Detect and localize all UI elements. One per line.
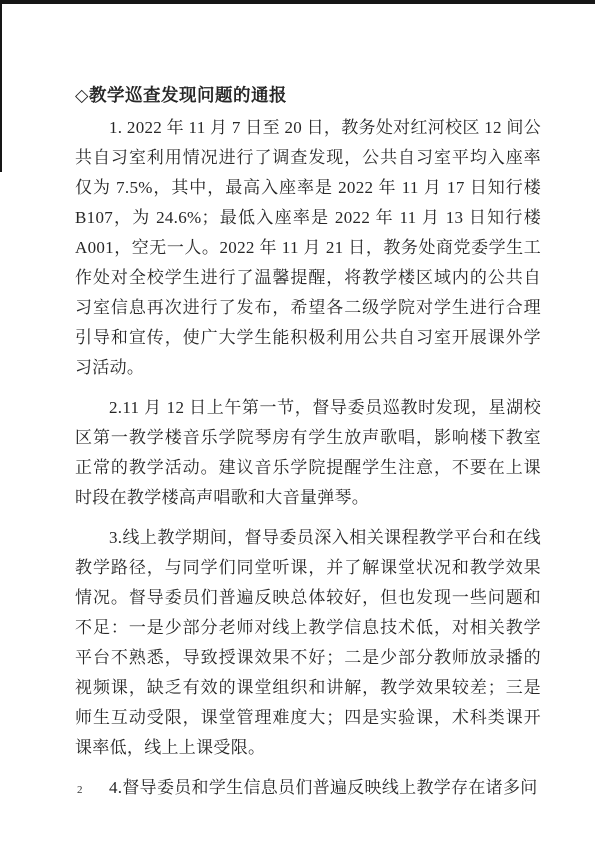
paragraph-online-teaching-feedback: 4.督导委员和学生信息员们普遍反映线上教学存在诸多问 bbox=[75, 773, 541, 803]
paragraph-study-room-usage: 1. 2022 年 11 月 7 日至 20 日，教务处对红河校区 12 间公共… bbox=[75, 113, 541, 383]
paragraph-singing-disturbance: 2.11 月 12 日上午第一节，督导委员巡教时发现，星湖校区第一教学楼音乐学院… bbox=[75, 393, 541, 513]
scan-artifact-left-edge bbox=[0, 0, 2, 172]
section-heading: ◇教学巡查发现问题的通报 bbox=[75, 80, 541, 110]
document-page: ◇教学巡查发现问题的通报 1. 2022 年 11 月 7 日至 20 日，教务… bbox=[0, 0, 595, 841]
paragraph-online-teaching-issues: 3.线上教学期间，督导委员深入相关课程教学平台和在线教学路径，与同学们同堂听课，… bbox=[75, 523, 541, 763]
page-number: 2 bbox=[77, 784, 83, 796]
scan-artifact-top-edge bbox=[0, 0, 595, 4]
document-body: ◇教学巡查发现问题的通报 1. 2022 年 11 月 7 日至 20 日，教务… bbox=[75, 80, 541, 803]
